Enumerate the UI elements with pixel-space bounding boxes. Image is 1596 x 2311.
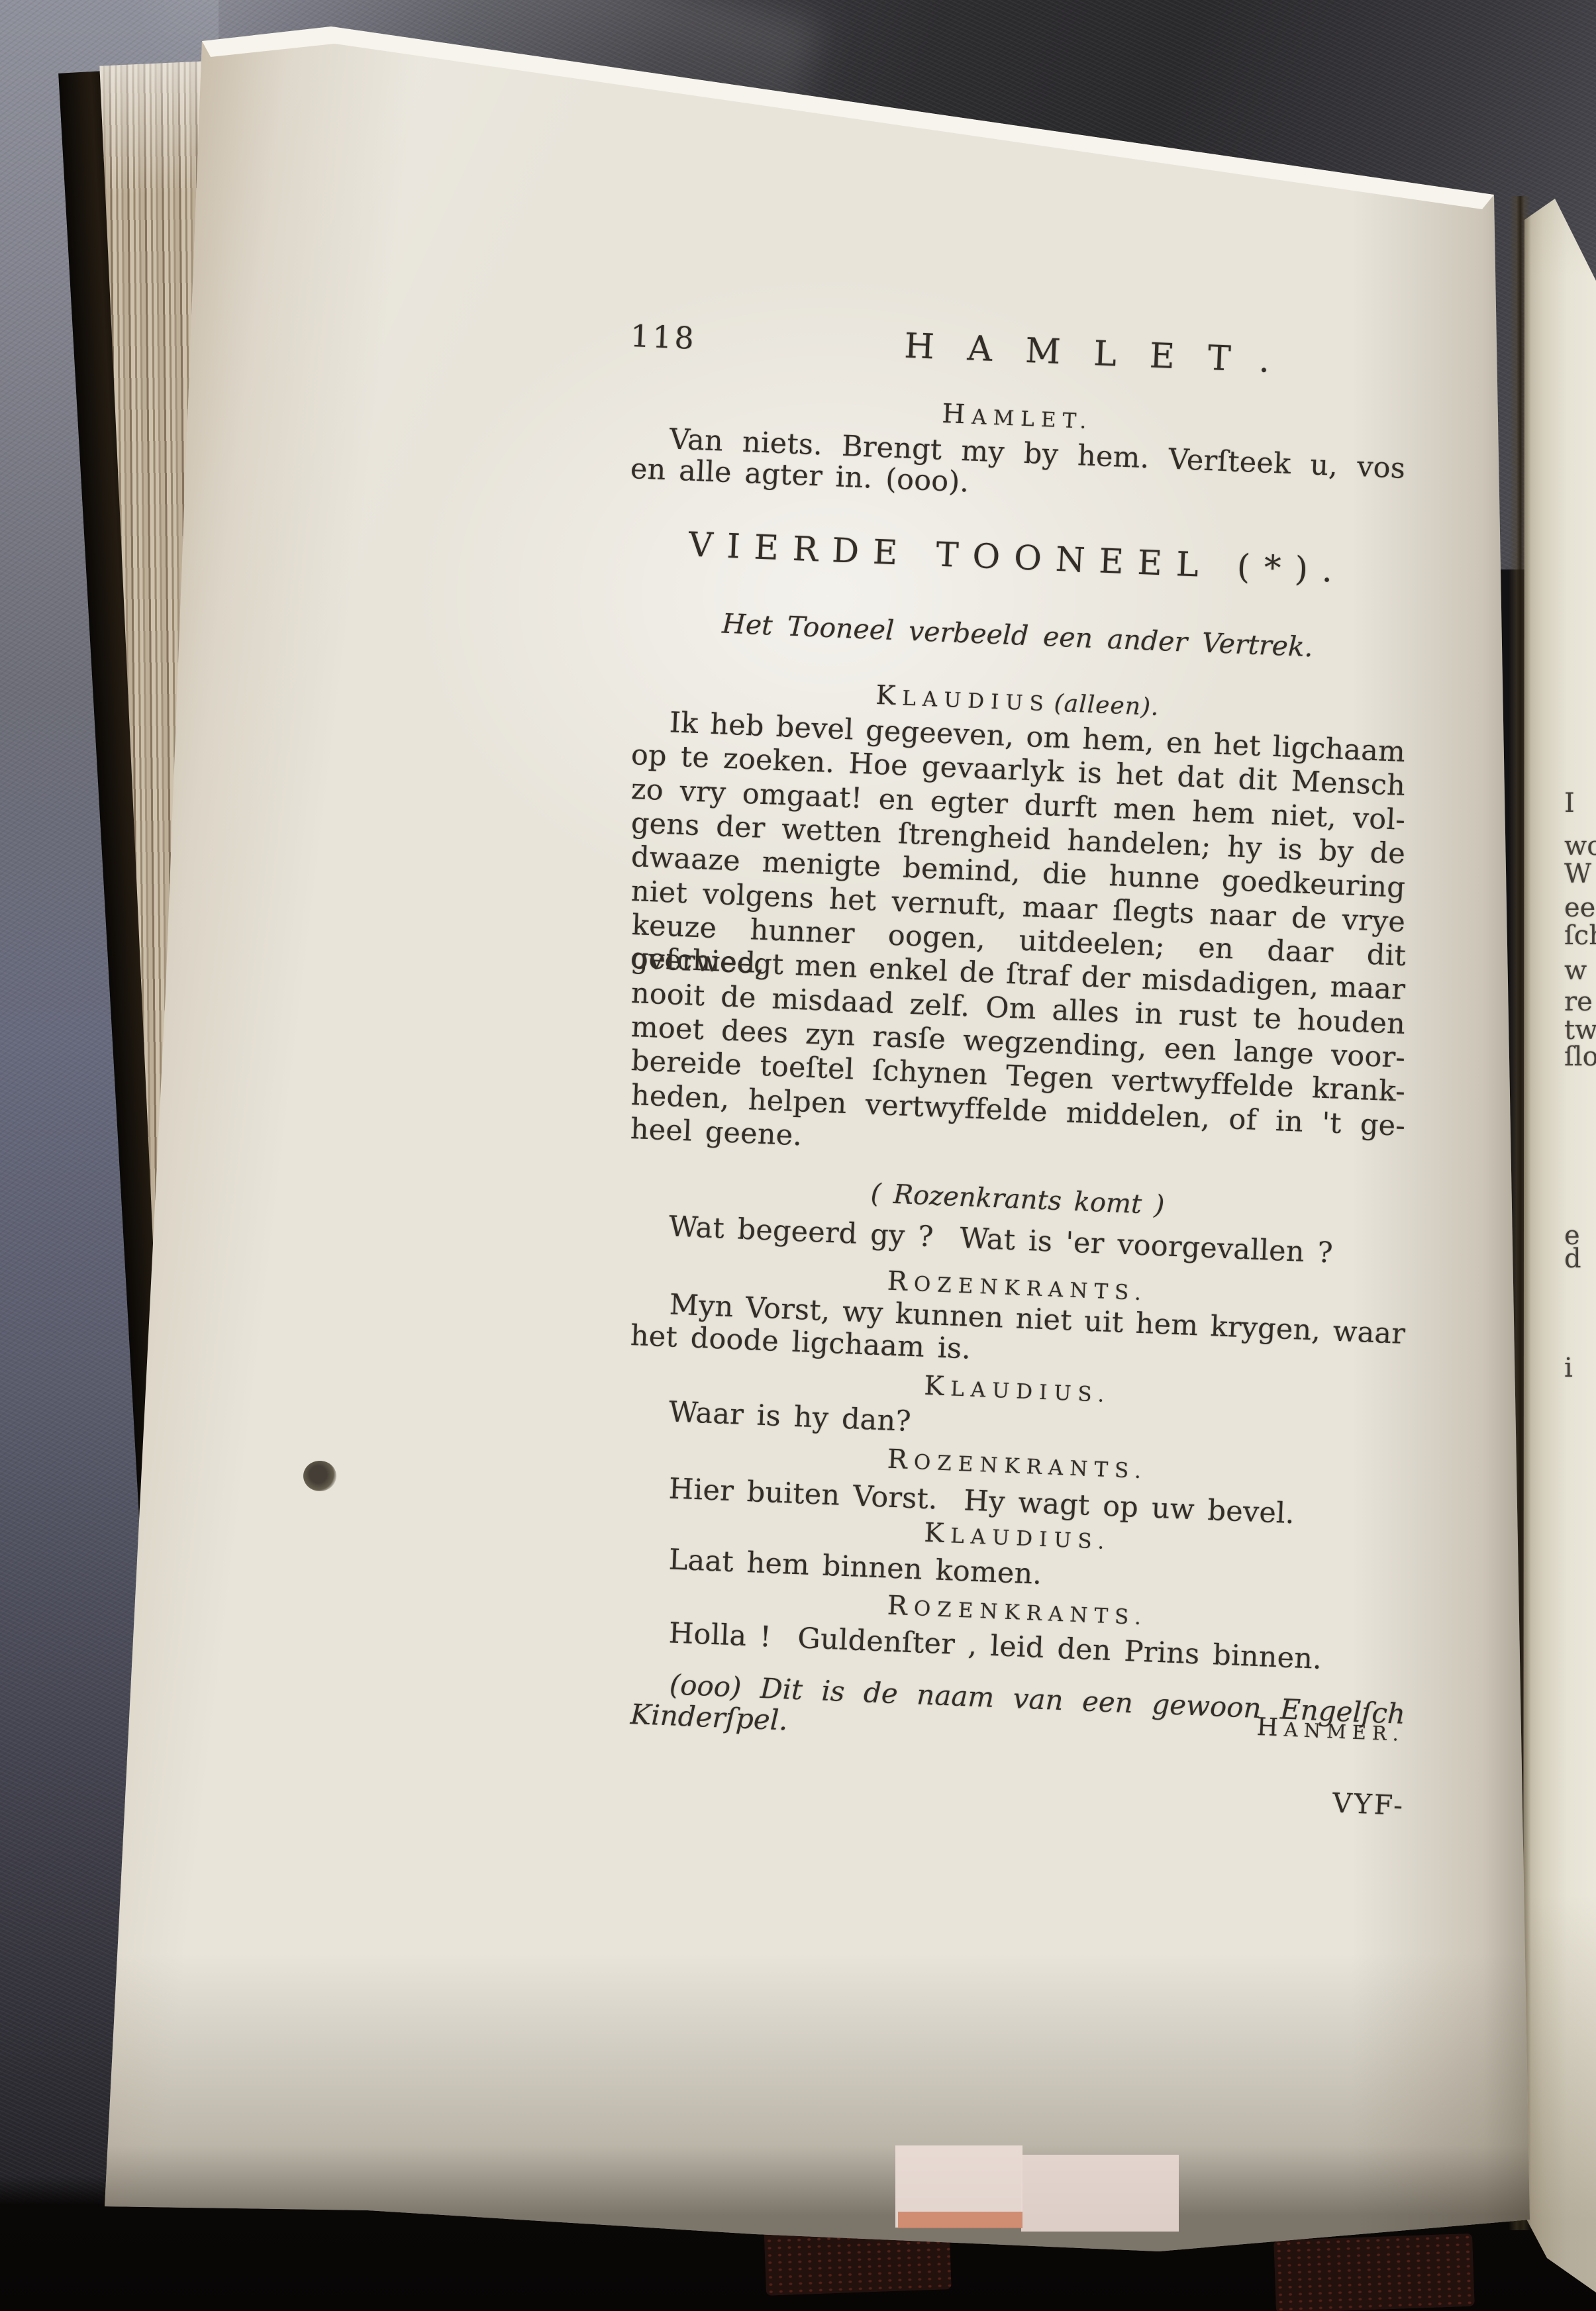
text-fragment: i [1564, 1353, 1573, 1383]
catchword: VYF- [630, 1759, 1432, 1823]
text-fragment: w [1564, 956, 1587, 986]
text-fragment: wo [1564, 831, 1596, 861]
text-fragment: e [1564, 1220, 1580, 1251]
scene-heading: VIERDE TOONEEL (*). [630, 523, 1405, 593]
text-fragment: ee [1564, 893, 1595, 923]
book-photograph: I wo W ee ſch w re tw ſlo e d i 118 HAML… [0, 0, 1596, 2311]
ink-blot-stain [303, 1461, 336, 1491]
page-text: 118 HAMLET. HAMLET. Van niets. Brengt my… [630, 291, 1405, 1894]
text-fragment: ſch [1564, 920, 1596, 951]
stage-direction: Het Tooneel verbeeld een ander Vertrek. [630, 604, 1405, 667]
tablecloth-patch [1273, 2234, 1475, 2311]
facing-page: I wo W ee ſch w re tw ſlo e d i [1521, 0, 1596, 2311]
salmon-marker-strip [898, 2212, 1022, 2228]
text-fragment: re [1564, 987, 1593, 1017]
speaker-note: (alleen). [1054, 690, 1160, 721]
text-fragment: tw [1564, 1015, 1596, 1046]
pink-marker-tab [1021, 2155, 1179, 2232]
text-fragment: I [1564, 788, 1575, 818]
text-fragment: ſlo [1564, 1042, 1596, 1072]
speaker-name: KLAUDIUS [875, 680, 1051, 718]
running-title: HAMLET. [630, 315, 1491, 389]
text-fragment: W [1564, 859, 1591, 889]
text-fragment: d [1564, 1244, 1581, 1274]
book-page: 118 HAMLET. HAMLET. Van niets. Brengt my… [0, 0, 1596, 2311]
